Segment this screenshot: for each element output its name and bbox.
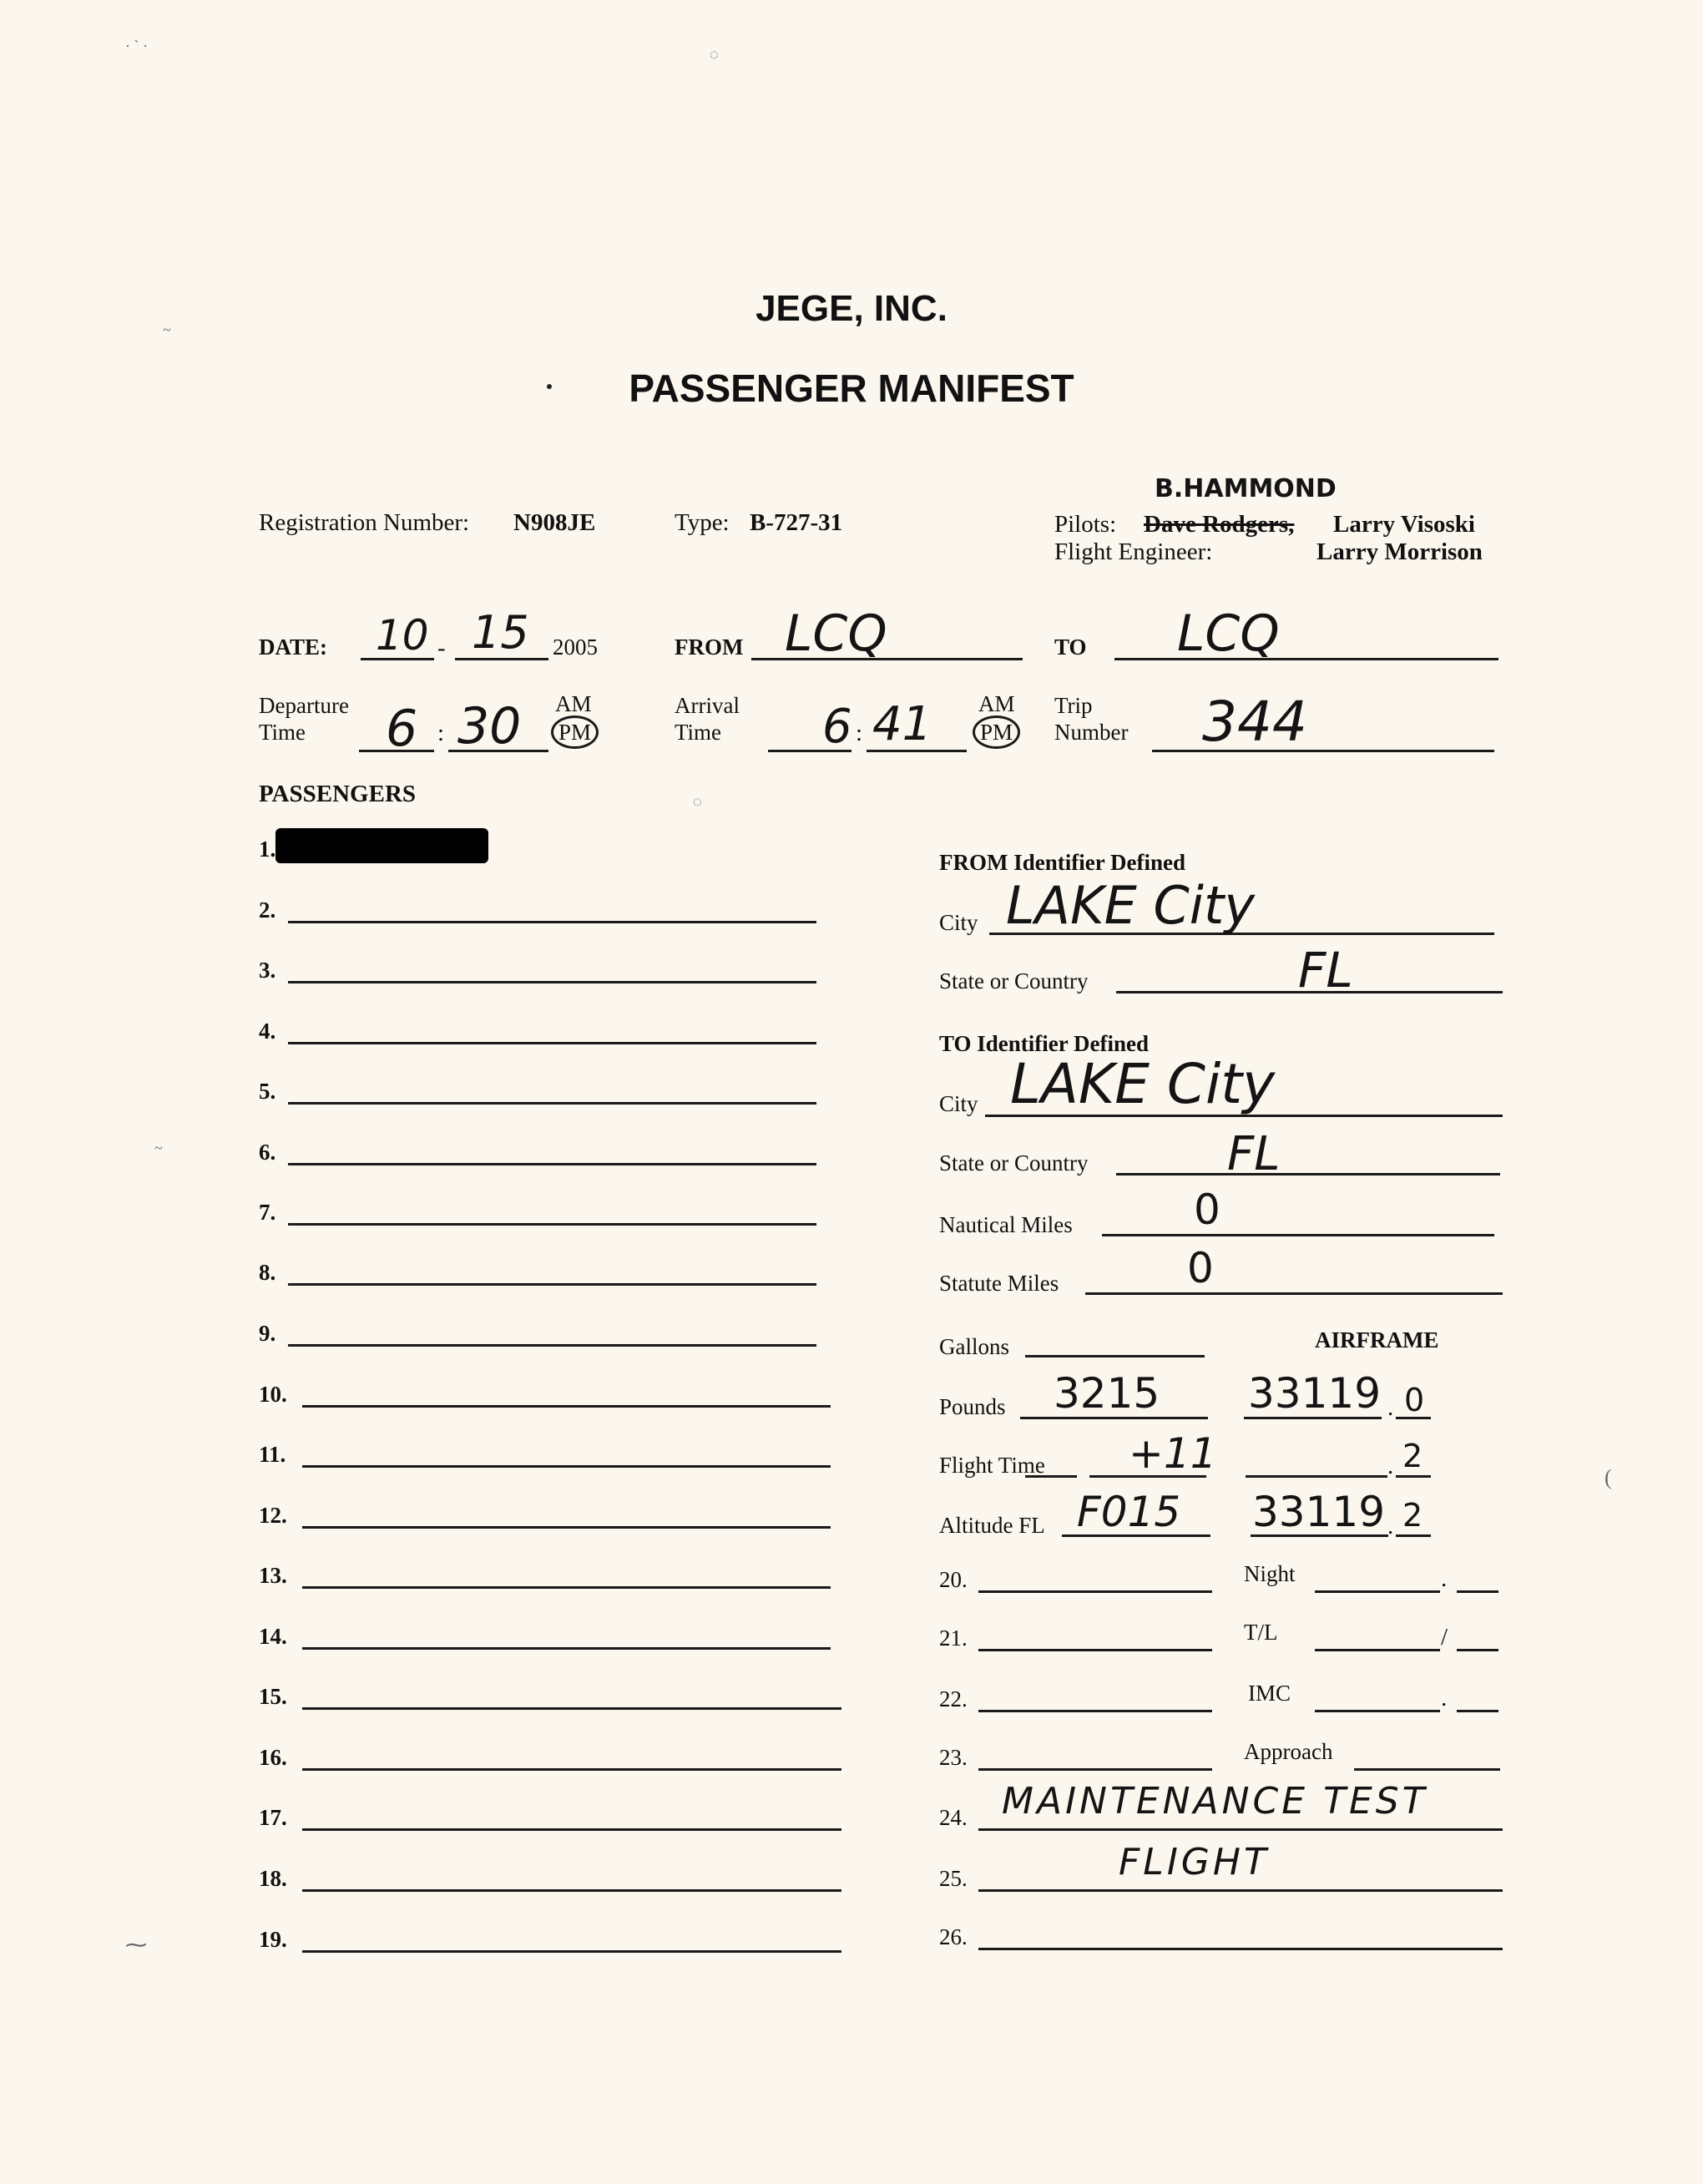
log-row-number: 23. [939, 1745, 968, 1770]
altitude-value[interactable]: F015 [1077, 1488, 1180, 1536]
log-row-separator: / [1441, 1624, 1448, 1651]
date-month[interactable]: 10 [376, 611, 429, 660]
passenger-name-field[interactable] [302, 1405, 831, 1408]
note-row-number: 24. [939, 1805, 968, 1830]
note-row-value[interactable]: FLIGHT [1119, 1841, 1270, 1883]
passenger-name-field[interactable] [302, 1889, 841, 1892]
passenger-number: 5. [259, 1079, 275, 1104]
airframe-total-3[interactable]: 33119 [1252, 1488, 1385, 1536]
passenger-number: 3. [259, 958, 275, 983]
flight-engineer-label: Flight Engineer: [1054, 538, 1212, 566]
note-row-field[interactable] [978, 1889, 1503, 1892]
note-row-field[interactable] [978, 1828, 1503, 1831]
passenger-number: 4. [259, 1019, 275, 1044]
to-state-label: State or Country [939, 1150, 1088, 1175]
passenger-number: 6. [259, 1140, 275, 1165]
passenger-name-field[interactable] [302, 1768, 841, 1771]
scan-speck: ◌ [693, 793, 702, 811]
passenger-number: 10. [259, 1382, 287, 1407]
passenger-number: 18. [259, 1866, 287, 1891]
log-row-right-field-2[interactable] [1457, 1710, 1498, 1712]
departure-label-2: Time [259, 720, 306, 745]
pilot-2-name: Larry Visoski [1333, 511, 1475, 538]
from-value[interactable]: LCQ [785, 604, 887, 663]
log-row-right-field[interactable] [1354, 1768, 1500, 1771]
pilots-label: Pilots: [1054, 511, 1116, 538]
pilot-struck-name: Dave Rodgers, [1144, 511, 1294, 538]
log-row-right-label: Approach [1244, 1739, 1332, 1764]
note-row-field[interactable] [978, 1948, 1503, 1950]
to-label: TO [1054, 634, 1087, 660]
passenger-name-field[interactable] [288, 1223, 816, 1226]
passenger-name-field[interactable] [302, 1465, 831, 1468]
statute-miles-value[interactable]: 0 [1187, 1244, 1214, 1292]
scan-speck: ~ [154, 1140, 163, 1157]
pounds-value[interactable]: 3215 [1054, 1369, 1160, 1418]
log-row-field[interactable] [978, 1710, 1212, 1712]
passenger-number: 17. [259, 1805, 287, 1830]
airframe-heading: AIRFRAME [1315, 1327, 1439, 1352]
passenger-name-field[interactable] [288, 1283, 816, 1286]
passenger-name-field[interactable] [288, 1344, 816, 1347]
log-row-right-field-2[interactable] [1457, 1590, 1498, 1593]
date-label: DATE: [259, 634, 327, 660]
passenger-number: 11. [259, 1442, 286, 1467]
scan-speck: ~ [163, 321, 171, 339]
passenger-number: 15. [259, 1684, 287, 1709]
log-row-right-label: T/L [1244, 1620, 1278, 1645]
log-row-number: 20. [939, 1567, 968, 1592]
registration-value: N908JE [513, 509, 595, 537]
log-row-right-field[interactable] [1315, 1649, 1440, 1651]
passenger-name-field[interactable] [288, 921, 816, 923]
passenger-number: 1. [259, 837, 275, 862]
from-city-value[interactable]: LAKE City [1006, 875, 1255, 936]
arrival-label-2: Time [675, 720, 721, 745]
passenger-number: 13. [259, 1563, 287, 1588]
log-row-field[interactable] [978, 1768, 1212, 1771]
statute-miles-label: Statute Miles [939, 1271, 1059, 1296]
log-row-number: 21. [939, 1625, 968, 1651]
passenger-number: 12. [259, 1503, 287, 1528]
type-value: B-727-31 [750, 509, 842, 537]
departure-hour[interactable]: 6 [386, 700, 417, 758]
passenger-number: 9. [259, 1321, 275, 1346]
date-day[interactable]: 15 [472, 606, 529, 659]
airframe-total-1[interactable]: 33119 [1248, 1369, 1381, 1418]
from-state-value[interactable]: FL [1298, 942, 1353, 998]
date-year: 2005 [553, 634, 598, 660]
redacted-passenger-name [275, 828, 488, 863]
log-row-separator: . [1441, 1565, 1447, 1593]
to-city-value[interactable]: LAKE City [1010, 1052, 1275, 1116]
to-state-value[interactable]: FL [1227, 1127, 1280, 1181]
trip-label-2: Number [1054, 720, 1128, 745]
departure-am: AM [555, 691, 592, 716]
flight-engineer-name: Larry Morrison [1316, 538, 1483, 566]
log-row-right-label: Night [1244, 1561, 1296, 1586]
flight-time-label: Flight Time [939, 1453, 1045, 1478]
log-row-field[interactable] [978, 1590, 1212, 1593]
log-row-number: 22. [939, 1686, 968, 1711]
flight-time-value[interactable]: +11 [1129, 1429, 1217, 1478]
from-city-label: City [939, 910, 978, 935]
company-name: JEGE, INC. [0, 288, 1703, 330]
log-row-right-field[interactable] [1315, 1710, 1440, 1712]
departure-label-1: Departure [259, 693, 349, 718]
scan-speck: ( [1604, 1465, 1612, 1490]
note-row-value[interactable]: MAINTENANCE TEST [1002, 1780, 1428, 1823]
passenger-name-field[interactable] [302, 1586, 831, 1589]
log-row-field[interactable] [978, 1649, 1212, 1651]
altitude-label: Altitude FL [939, 1513, 1045, 1538]
departure-pm-circled[interactable]: PM [551, 715, 599, 749]
pounds-label: Pounds [939, 1394, 1006, 1419]
departure-minute[interactable]: 30 [457, 697, 521, 756]
type-label: Type: [675, 509, 730, 537]
pilot-handwritten-replacement: B.HAMMOND [1155, 474, 1337, 503]
from-label: FROM [675, 634, 743, 660]
passenger-name-field[interactable] [302, 1828, 841, 1831]
arrival-am: AM [978, 691, 1015, 716]
passenger-number: 19. [259, 1927, 287, 1952]
from-state-label: State or Country [939, 968, 1088, 993]
arrival-hour[interactable]: 6 [822, 700, 852, 754]
passenger-name-field[interactable] [302, 1707, 841, 1710]
document-title: PASSENGER MANIFEST [0, 366, 1703, 411]
scan-speck: · ` · [125, 38, 148, 55]
passenger-name-field[interactable] [288, 1042, 816, 1044]
log-row-separator: . [1441, 1685, 1447, 1712]
speck [547, 384, 552, 389]
arrival-label-1: Arrival [675, 693, 740, 718]
passenger-number: 2. [259, 897, 275, 923]
nautical-miles-value[interactable]: 0 [1194, 1186, 1220, 1234]
passenger-name-field[interactable] [288, 1102, 816, 1105]
gallons-label: Gallons [939, 1334, 1009, 1359]
log-row-right-label: IMC [1248, 1681, 1291, 1706]
arrival-pm-circled[interactable]: PM [973, 715, 1020, 749]
to-value[interactable]: LCQ [1177, 604, 1280, 663]
passenger-name-field[interactable] [302, 1647, 831, 1650]
airframe-total-1-decimal[interactable]: 0 [1404, 1382, 1424, 1418]
scan-speck: ◌ [710, 46, 719, 63]
nautical-miles-label: Nautical Miles [939, 1212, 1073, 1237]
passenger-number: 8. [259, 1260, 275, 1285]
scan-speck: ⁓ [125, 1933, 147, 1958]
airframe-total-3-decimal[interactable]: 2 [1402, 1497, 1423, 1534]
log-row-right-field[interactable] [1315, 1590, 1440, 1593]
trip-number[interactable]: 344 [1202, 690, 1307, 754]
passenger-name-field[interactable] [302, 1950, 841, 1953]
trip-label-1: Trip [1054, 693, 1093, 718]
airframe-total-2-decimal[interactable]: 2 [1402, 1438, 1423, 1474]
from-identifier-heading: FROM Identifier Defined [939, 850, 1185, 875]
arrival-minute[interactable]: 41 [872, 697, 932, 751]
note-row-number: 25. [939, 1866, 968, 1891]
passenger-number: 16. [259, 1745, 287, 1770]
passengers-heading: PASSENGERS [259, 781, 416, 808]
registration-label: Registration Number: [259, 509, 469, 537]
passenger-name-field[interactable] [302, 1526, 831, 1529]
passenger-name-field[interactable] [288, 1163, 816, 1165]
passenger-name-field[interactable] [288, 981, 816, 983]
passenger-number: 14. [259, 1624, 287, 1649]
passenger-number: 7. [259, 1200, 275, 1225]
to-city-label: City [939, 1091, 978, 1116]
log-row-right-field-2[interactable] [1457, 1649, 1498, 1651]
note-row-number: 26. [939, 1924, 968, 1949]
